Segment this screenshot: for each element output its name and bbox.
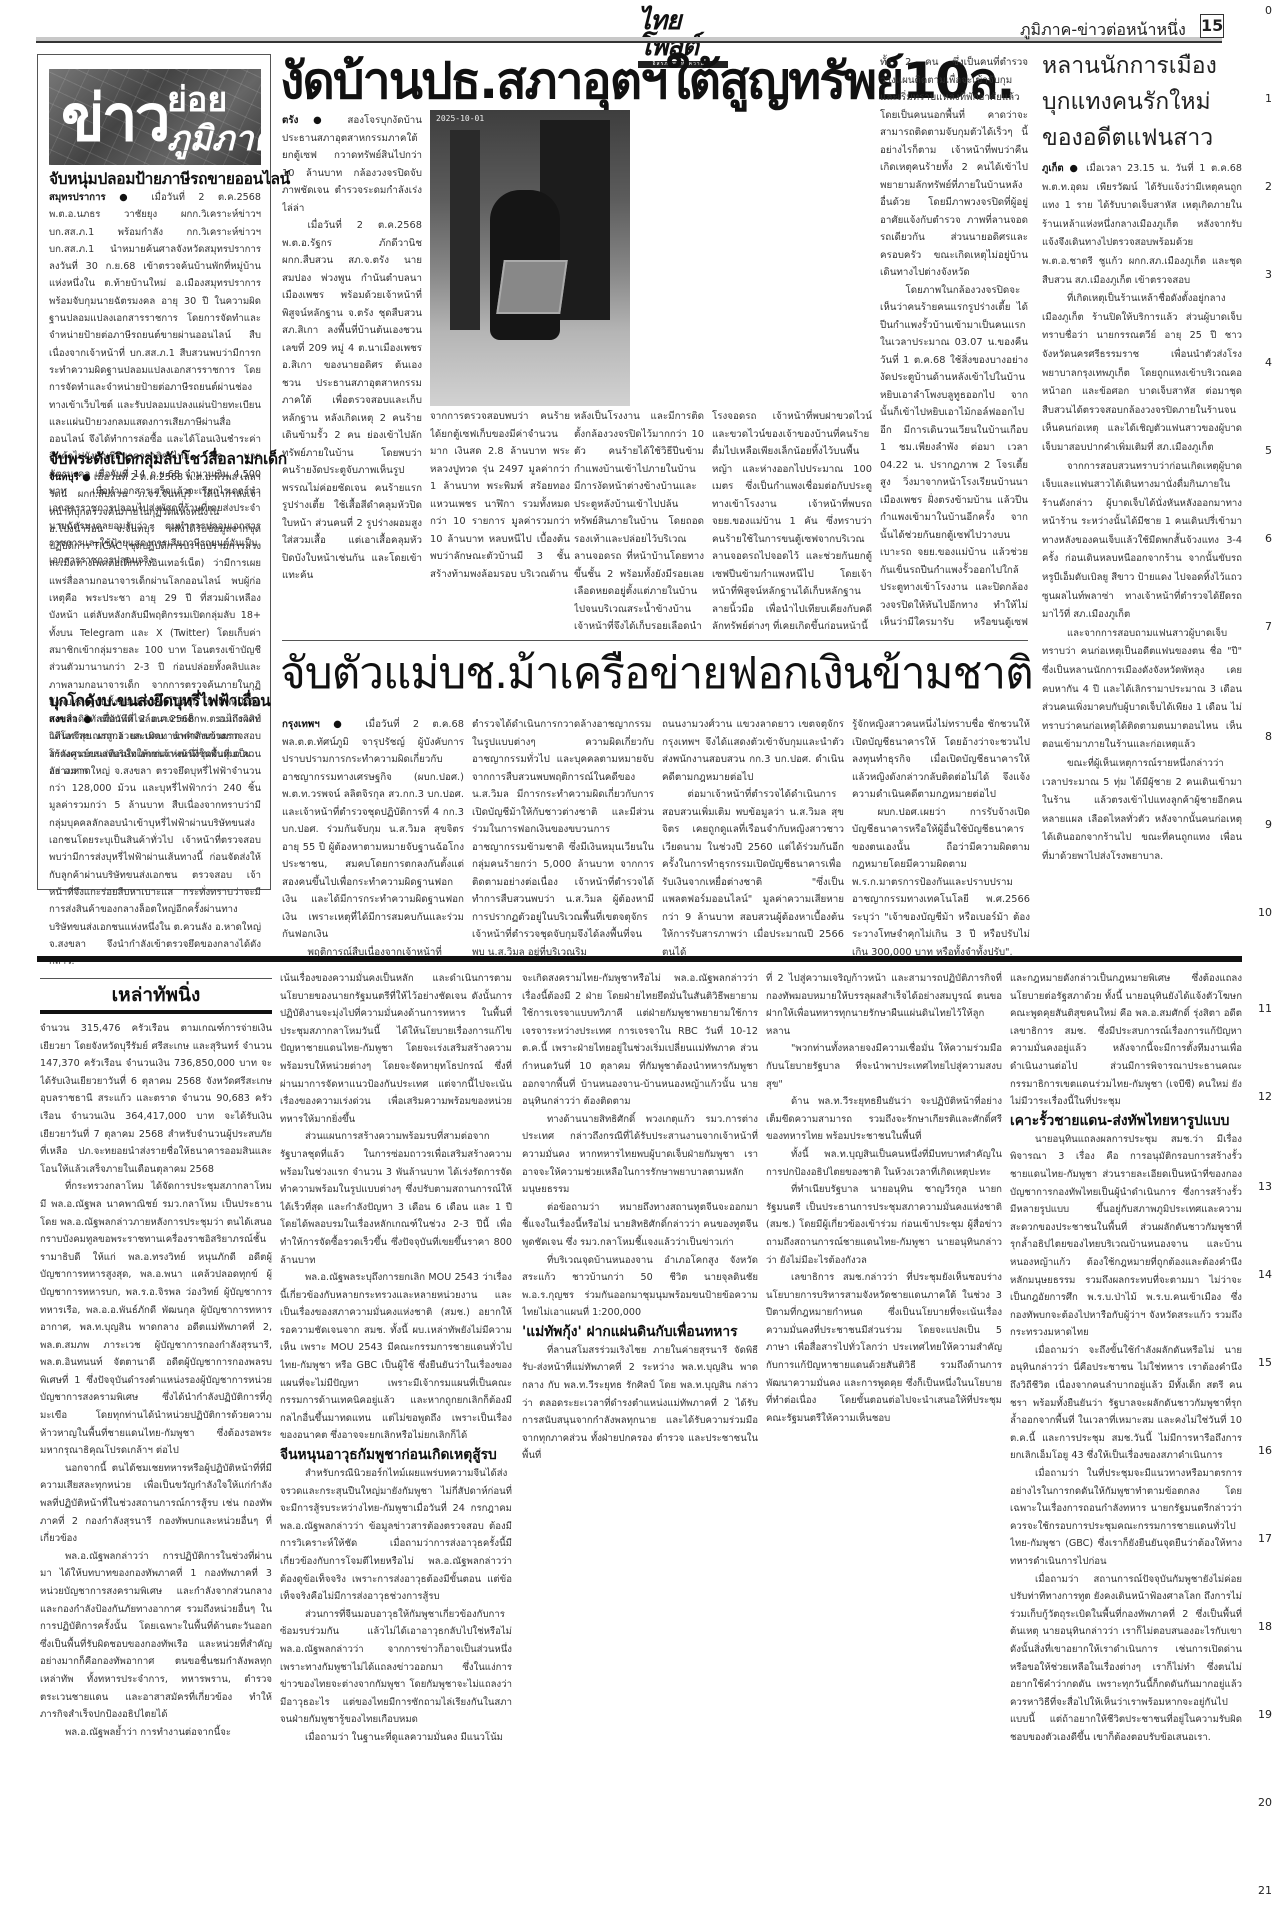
headline-line: บุกแทงคนรักใหม่ bbox=[1042, 84, 1242, 120]
lead-paragraph: โดยภาพในกล้องวงจรปิดจะเห็นว่าคนร้ายคนแรก… bbox=[880, 282, 1028, 635]
second-paragraph: รู้จักหญิงสาวคนหนึ่งไม่ทราบชื่อ ชักชวนให… bbox=[852, 719, 1030, 800]
second-headline: จับตัวแม่บช.ม้าเครือข่ายฟอกเงินข้ามชาติ bbox=[280, 644, 1040, 704]
lower-paragraph: นอกจากนี้ ตนได้ชมเชยทหารหรือผู้ปฏิบัติหน… bbox=[40, 1460, 272, 1548]
lower-paragraph: พล.อ.ณัฐพลย้ำว่า การทำงานต่อจากนี้จะ bbox=[40, 1724, 272, 1742]
ruler-mark: 7 bbox=[1265, 620, 1272, 633]
brief-headline: จับพระดังเปิดกลุ่มลับโชว์สื่อลามกเด็ก bbox=[49, 449, 261, 469]
lower-paragraph: "พวกท่านทั้งหลายจงมีความเชื่อมั่น ให้ควา… bbox=[766, 1040, 1002, 1093]
side-paragraph: และจากการสอบถามแฟนสาวผู้บาดเจ็บทราบว่า ค… bbox=[1042, 625, 1242, 755]
lead-intro: สองโจรบุกงัดบ้านประธานสภาอุตสาหกรรมภาคใต… bbox=[282, 115, 422, 214]
lower-paragraph: และกฎหมายดังกล่าวเป็นกฎหมายพิเศษ ซึ่งต้อ… bbox=[1010, 973, 1242, 1107]
ruler-mark: 6 bbox=[1265, 532, 1272, 545]
ruler-mark: 9 bbox=[1265, 818, 1272, 831]
lower-paragraph: สำหรับกรณีนิวยอร์กไทม์เผยแพร่บทความจีนได… bbox=[280, 1465, 512, 1606]
lower-paragraph: ต่อข้อถามว่า หมายถึงทางสถานทูตจีนจะออกมา… bbox=[522, 1199, 758, 1252]
dateline: สมุทรปราการ ● bbox=[49, 192, 138, 203]
lower-paragraph: ที่กระทรวงกลาโหม ได้จัดการประชุมสภากลาโห… bbox=[40, 1178, 272, 1460]
lower-paragraph: เมื่อถามว่า ในฐานะที่ดูแลความมั่นคง มีแน… bbox=[280, 1729, 512, 1747]
subheading: เคาะรั้วชายแดน-ส่งทัพไทยหารูปแบบ bbox=[1010, 1111, 1242, 1131]
lower-paragraph: จำนวน 315,476 ครัวเรือน ตามเกณฑ์การจ่ายเ… bbox=[40, 1023, 272, 1175]
page-number: 15 bbox=[1200, 14, 1224, 38]
lower-column-2: เน้นเรื่องของความมั่นคงเป็นหลัก และดำเนิ… bbox=[280, 970, 512, 1915]
banner-title: ข่าว bbox=[61, 79, 168, 159]
lead-column-2: จากการตรวจสอบพบว่า คนร้ายได้ยกตู้เซฟเก็บ… bbox=[430, 408, 570, 633]
title-rule bbox=[40, 978, 272, 979]
dateline: จันทบุรี ● bbox=[49, 472, 91, 483]
subheading: จีนหนุนอาวุธกัมพูชาก่อนเกิดเหตุสู้รบ bbox=[280, 1445, 512, 1465]
dateline: สงขลา ● bbox=[49, 714, 94, 725]
lower-paragraph: จะเกิดสงครามไทย-กัมพูชาหรือไม่ พล.อ.ณัฐพ… bbox=[522, 973, 758, 1107]
cctv-timestamp: 2025-10-01 bbox=[436, 114, 484, 123]
second-paragraph: ต่อมาเจ้าหน้าที่ตำรวจได้ดำเนินการสอบสวนเ… bbox=[662, 786, 844, 961]
lower-paragraph: เมื่อถามว่า สถานการณ์ปัจจุบันกัมพูชายังไ… bbox=[1010, 1571, 1242, 1747]
second-column-3: ถนนงามวงศ์วาน แขวงลาดยาว เขตจตุจักร กรุง… bbox=[662, 716, 844, 966]
section-divider bbox=[37, 956, 1242, 962]
brief-headline: จับหนุ่มปลอมป้ายภาษีรถขายออนไลน์ bbox=[49, 169, 261, 189]
second-paragraph: ถนนงามวงศ์วาน แขวงลาดยาว เขตจตุจักร กรุง… bbox=[662, 719, 844, 783]
ruler-mark: 21 bbox=[1258, 1884, 1272, 1897]
lower-paragraph: ที่บริเวณจุดบ้านหนองจาน อำเภอโคกสูง จังห… bbox=[522, 1252, 758, 1322]
photo-detail bbox=[450, 130, 480, 330]
lower-column-4: ที่ 2 ไปสู่ความเจริญก้าวหน้า และสามารถปฏ… bbox=[766, 970, 1002, 1915]
lower-column-1: จำนวน 315,476 ครัวเรือน ตามเกณฑ์การจ่ายเ… bbox=[40, 1020, 272, 1915]
lower-paragraph: ส่วนการที่จีนมอบอาวุธให้กัมพูชาเกี่ยวข้อ… bbox=[280, 1606, 512, 1729]
brief-body: สงขลา ● เมื่อวันที่ 2 ต.ค.2568 พ.ต.อ.ไกร… bbox=[49, 711, 261, 970]
ruler-mark: 14 bbox=[1258, 1268, 1272, 1281]
lower-paragraph: พล.อ.ณัฐพลระบุถึงการยกเลิก MOU 2543 ว่าเ… bbox=[280, 1269, 512, 1445]
brief-news-banner: ข่าว ย่อย ภูมิภาค bbox=[49, 69, 261, 165]
ruler-mark: 12 bbox=[1258, 1090, 1272, 1103]
second-column-2: ตำรวจได้ดำเนินการกวาดล้างอาชญากรรมในรูปแ… bbox=[472, 716, 654, 966]
side-paragraph: เมื่อเวลา 23.15 น. วันที่ 1 ต.ค.68 พ.ต.ท… bbox=[1042, 163, 1242, 286]
lower-paragraph: ทั้งนี้ พล.ท.บุญสินเป็นคนหนึ่งที่มีบทบาท… bbox=[766, 1146, 1002, 1181]
side-story-body: ภูเก็ต ● เมื่อเวลา 23.15 น. วันที่ 1 ต.ค… bbox=[1042, 160, 1242, 970]
photo-detail bbox=[496, 260, 568, 314]
side-story-headline: หลานนักการเมือง บุกแทงคนรักใหม่ ของอดีตแ… bbox=[1042, 48, 1242, 156]
brief-text: เมื่อวันที่ 2 ต.ค.2568 พ.ต.อ.ไกรวิศท์ แส… bbox=[49, 714, 261, 967]
lower-paragraph: ส่วนแผนการสร้างความพร้อมรบที่สามต่อจากรั… bbox=[280, 1128, 512, 1269]
lower-paragraph: ด้าน พล.ท.วีระยุทธยืนยันว่า จะปฏิบัติหน้… bbox=[766, 1093, 1002, 1146]
lower-column-5: และกฎหมายดังกล่าวเป็นกฎหมายพิเศษ ซึ่งต้อ… bbox=[1010, 970, 1242, 1915]
second-paragraph: ผบก.ปอศ.เผยว่า การรับจ้างเปิดบัญชีธนาคาร… bbox=[852, 804, 1030, 962]
side-paragraph: จากการสอบสวนทราบว่าก่อนเกิดเหตุผู้บาดเจ็… bbox=[1042, 458, 1242, 625]
ruler-mark: 15 bbox=[1258, 1356, 1272, 1369]
lead-paragraph: โรงจอดรถ เจ้าหน้าที่พบฝาขวดไวน์และขวดไวน… bbox=[712, 411, 872, 632]
section-label: ภูมิภาค-ข่าวต่อหน้าหนึ่ง bbox=[1020, 18, 1186, 43]
ruler-mark: 2 bbox=[1265, 180, 1272, 193]
lower-paragraph: ทางด้านนายสิทธิศักดิ์ พวงเกตุแก้ว รมว.กา… bbox=[522, 1111, 758, 1199]
brief-headline: บุกโกดังบ.ขนส่งยึดบุหรี่ไฟฟ้าเถื่อน bbox=[49, 691, 261, 711]
ruler-mark: 13 bbox=[1258, 1180, 1272, 1193]
lead-column-3: หลังเป็นโรงงาน และมีการติดตั้งกล้องวงจรป… bbox=[574, 408, 704, 633]
second-column-4: รู้จักหญิงสาวคนหนึ่งไม่ทราบชื่อ ชักชวนให… bbox=[852, 716, 1030, 966]
lower-paragraph: ที่ลานสโมสรร่วมเริงไชย ภายในค่ายสุรนารี … bbox=[522, 1342, 758, 1465]
headline-line: หลานนักการเมือง bbox=[1042, 48, 1242, 84]
ruler-mark: 0 bbox=[1265, 4, 1272, 17]
lead-paragraph: ทั้ง 2 คน ซึ่งเป็นคนที่ตำรวจวางแผนติดตาม… bbox=[880, 57, 1028, 278]
lower-paragraph: พล.อ.ณัฐพลกล่าวว่า การปฏิบัติการในช่วงที… bbox=[40, 1548, 272, 1724]
second-paragraph: เมื่อวันที่ 2 ต.ค.68 พล.ต.ต.ทัศน์ภูมิ จา… bbox=[282, 719, 464, 940]
lead-column-4: โรงจอดรถ เจ้าหน้าที่พบฝาขวดไวน์และขวดไวน… bbox=[712, 408, 872, 633]
ruler-mark: 3 bbox=[1265, 268, 1272, 281]
dateline: ภูเก็ต ● bbox=[1042, 163, 1081, 174]
ruler-mark: 18 bbox=[1258, 1620, 1272, 1633]
lead-column-5: ทั้ง 2 คน ซึ่งเป็นคนที่ตำรวจวางแผนติดตาม… bbox=[880, 54, 1028, 634]
banner-subtitle-2: ภูมิภาค bbox=[167, 119, 261, 159]
second-column-1: กรุงเทพฯ ● เมื่อวันที่ 2 ต.ค.68 พล.ต.ต.ท… bbox=[282, 716, 464, 966]
lower-paragraph: นายอนุทินแถลงผลการประชุม สมช.ว่า มีเรื่อ… bbox=[1010, 1131, 1242, 1342]
banner-subtitle: ย่อย bbox=[167, 81, 227, 119]
lower-paragraph: ที่ทำเนียบรัฐบาล นายอนุทิน ชาญวีรกูล นาย… bbox=[766, 1181, 1002, 1269]
headline-line: ของอดีตแฟนสาว bbox=[1042, 120, 1242, 156]
ruler-mark: 4 bbox=[1265, 356, 1272, 369]
brief-news-box: ข่าว ย่อย ภูมิภาค จับหนุ่มปลอมป้ายภาษีรถ… bbox=[37, 54, 271, 890]
cctv-photo: 2025-10-01 bbox=[430, 110, 630, 406]
section-title: เหล่าทัพนิ่ง bbox=[40, 980, 272, 1010]
dateline: ตรัง ● bbox=[282, 115, 333, 126]
ruler-mark: 16 bbox=[1258, 1444, 1272, 1457]
lower-paragraph: เมื่อถามว่า จะถึงขั้นใช้กำลังผลักดันหรือ… bbox=[1010, 1342, 1242, 1465]
brief-item: บุกโกดังบ.ขนส่งยึดบุหรี่ไฟฟ้าเถื่อน สงขล… bbox=[49, 691, 261, 970]
lower-paragraph: เลขาธิการ สมช.กล่าวว่า ที่ประชุมยังเห็นช… bbox=[766, 1269, 1002, 1427]
lower-paragraph: เน้นเรื่องของความมั่นคงเป็นหลัก และดำเนิ… bbox=[280, 973, 512, 1125]
divider bbox=[282, 640, 1028, 641]
ruler-mark: 11 bbox=[1258, 1002, 1272, 1015]
ruler-mark: 19 bbox=[1258, 1708, 1272, 1721]
side-paragraph: ที่เกิดเหตุเป็นร้านเหล้าชื่อดังตั้งอยู่ก… bbox=[1042, 290, 1242, 457]
ruler-mark: 8 bbox=[1265, 730, 1272, 743]
lower-column-3: จะเกิดสงครามไทย-กัมพูชาหรือไม่ พล.อ.ณัฐพ… bbox=[522, 970, 758, 1915]
dateline: กรุงเทพฯ ● bbox=[282, 719, 352, 730]
side-paragraph: ขณะที่ผู้เห็นเหตุการณ์รายหนึ่งกล่าวว่า เ… bbox=[1042, 755, 1242, 867]
lead-paragraph: เมื่อวันที่ 2 ต.ค.2568 พ.ต.อ.รัฐกร ภักดี… bbox=[282, 217, 422, 585]
page-ruler: 0 1 2 3 4 5 6 7 8 9 10 11 12 13 14 15 16… bbox=[1246, 0, 1282, 1920]
ruler-mark: 1 bbox=[1265, 92, 1272, 105]
ruler-mark: 5 bbox=[1265, 444, 1272, 457]
ruler-mark: 20 bbox=[1258, 1796, 1272, 1809]
lower-paragraph: เมื่อถามว่า ในที่ประชุมจะมีแนวทางหรือมาต… bbox=[1010, 1465, 1242, 1571]
ruler-mark: 10 bbox=[1258, 906, 1272, 919]
lead-column-1: ตรัง ● สองโจรบุกงัดบ้านประธานสภาอุตสาหกร… bbox=[282, 112, 422, 632]
title-rule-bold bbox=[40, 1010, 272, 1014]
ruler-mark: 17 bbox=[1258, 1532, 1272, 1545]
subheading: 'แม่ทัพกุ้ง' ฝากแผ่นดินกับเพื่อนทหาร bbox=[522, 1322, 758, 1342]
lower-paragraph: ที่ 2 ไปสู่ความเจริญก้าวหน้า และสามารถปฏ… bbox=[766, 973, 1002, 1037]
